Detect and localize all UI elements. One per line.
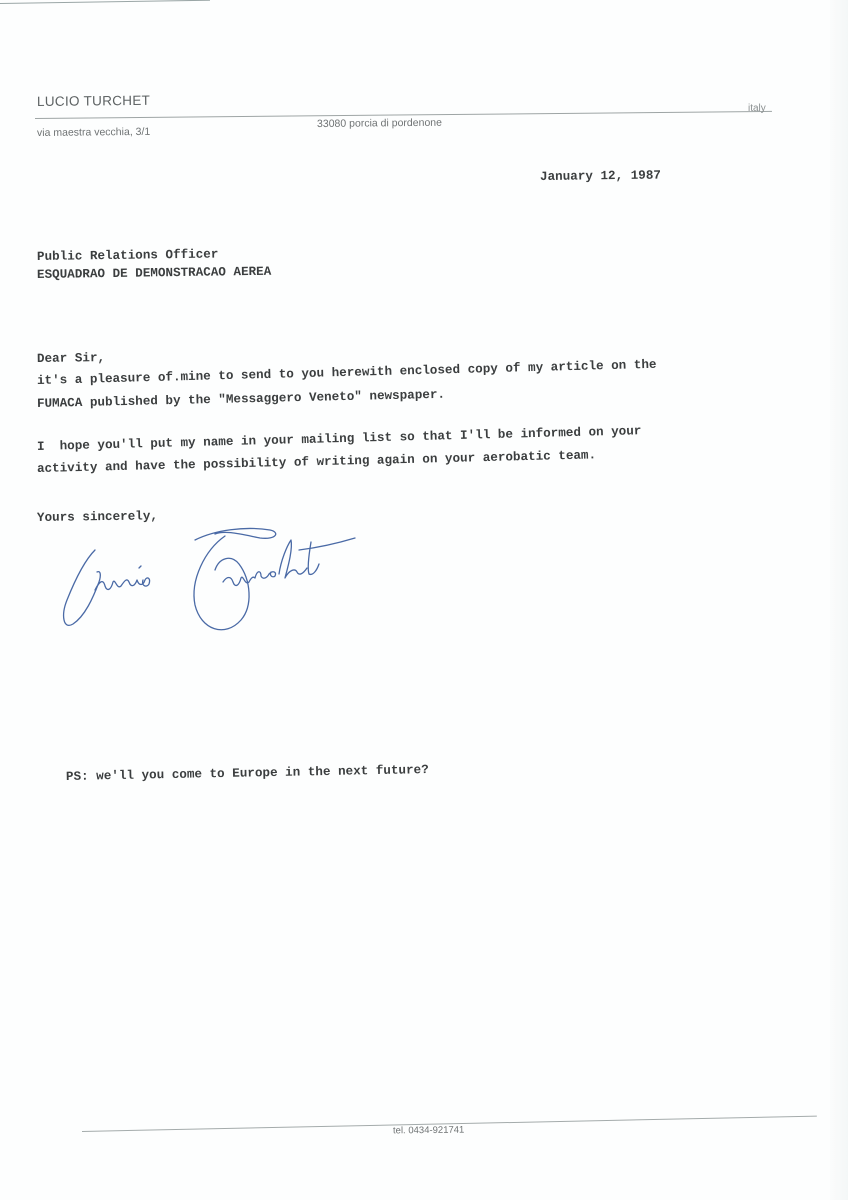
- sender-city: 33080 porcia di pordenone: [317, 117, 442, 130]
- page-edge-shadow: [830, 0, 848, 1200]
- handwritten-signature: [55, 520, 385, 640]
- paragraph-1-line-2: FUMACA published by the "Messaggero Vene…: [37, 388, 445, 411]
- postscript: PS: we'll you come to Europe in the next…: [66, 763, 429, 784]
- sender-name: LUCIO TURCHET: [37, 93, 150, 109]
- paragraph-2-line-2: activity and have the possibility of wri…: [37, 448, 596, 476]
- salutation: Dear Sir,: [37, 351, 105, 366]
- letter-date: January 12, 1987: [540, 169, 661, 184]
- letter-page: LUCIO TURCHET via maestra vecchia, 3/1 3…: [0, 0, 848, 1200]
- scan-edge-line: [0, 0, 210, 4]
- sender-country: italy: [748, 103, 766, 114]
- sender-street: via maestra vecchia, 3/1: [37, 126, 150, 139]
- recipient-organization: ESQUADRAO DE DEMONSTRACAO AEREA: [37, 265, 271, 282]
- footer-telephone: tel. 0434-921741: [393, 1125, 464, 1137]
- paragraph-1-line-1: it's a pleasure of.mine to send to you h…: [37, 358, 657, 388]
- recipient-title: Public Relations Officer: [37, 247, 219, 264]
